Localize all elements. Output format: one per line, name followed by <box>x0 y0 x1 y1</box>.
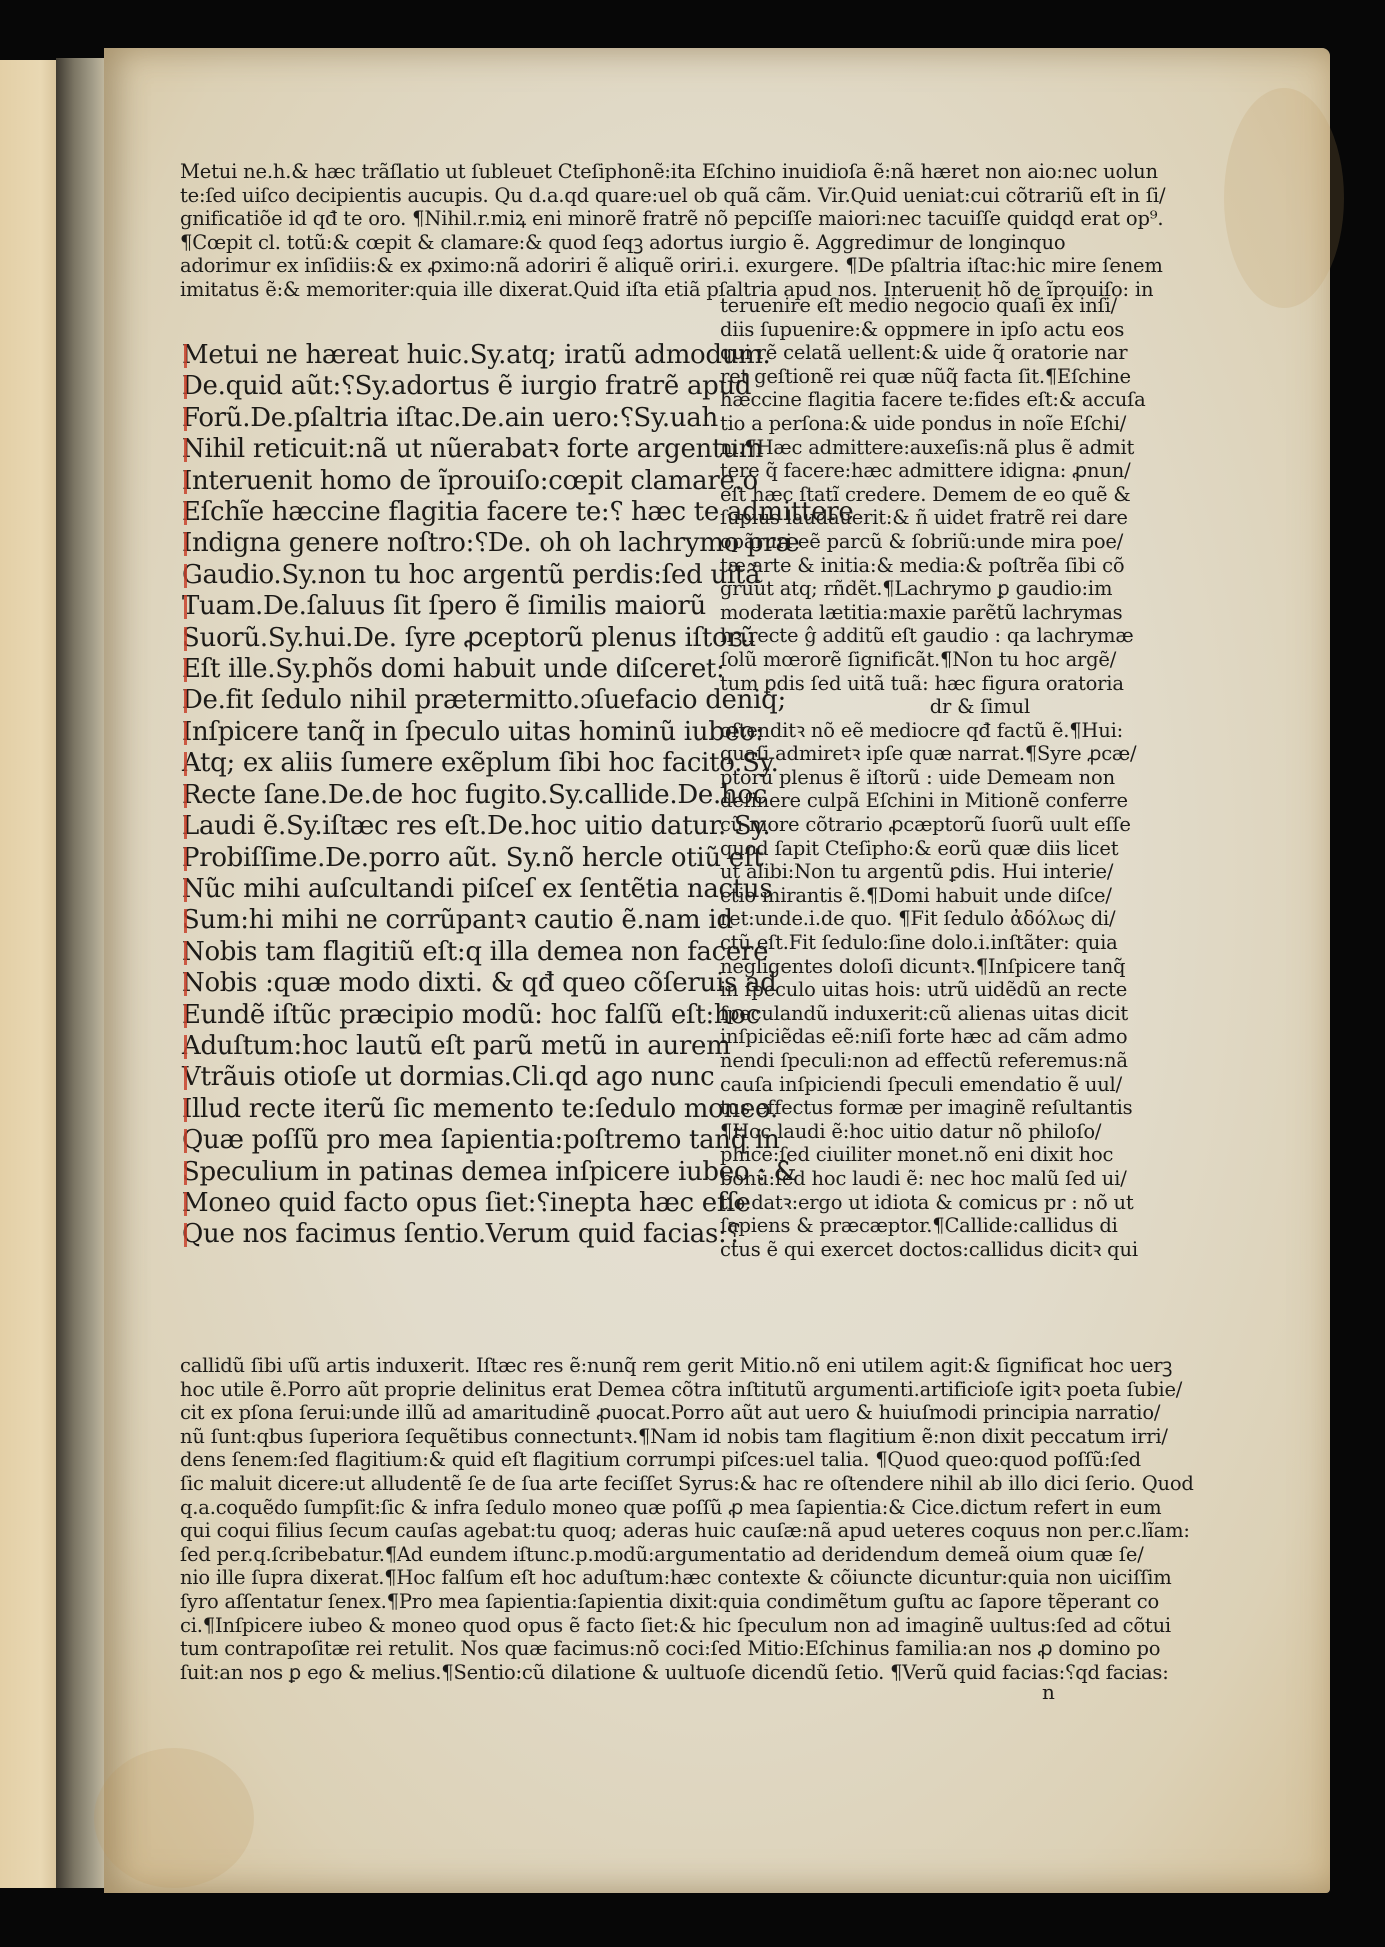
commentary-line: quod ſapit Cteſipho:& eorũ quæ diis lice… <box>720 837 1030 861</box>
commentary-line: ptorũ plenus ẽ iſtorũ : uide Demeam non <box>720 766 1030 790</box>
signature-mark: n <box>1042 1680 1055 1704</box>
verse-line: Laudi ẽ.Sy.iſtæc res eſt.De.hoc uitio da… <box>182 811 682 842</box>
verse-line: Nũc mihi auſcultandi piſceſ ex ſentẽtia … <box>182 874 682 905</box>
verse-line: Indigna genere noſtro:⸮De. oh oh lachrym… <box>182 528 682 559</box>
verse-line: Sum:hi mihi ne corrũpantꝛ cautio ẽ.nam i… <box>182 905 682 936</box>
verse-line: Inſpicere tanq̃ in ſpeculo uitas hominũ … <box>182 717 682 748</box>
commentary-line: tio a perſona:& uide pondus in noĩe Eſch… <box>720 412 1030 436</box>
verse-line: Recte ſane.De.de hoc fugito.Sy.callide.D… <box>182 780 682 811</box>
commentary-line: ſapiens & præcæptor.¶Callide:callidus di <box>720 1214 1030 1238</box>
commentary-line: tus effectus formæ per imaginẽ reſultant… <box>720 1096 1030 1120</box>
commentary-line: dens ſenem:ſed flagitium:& quid eſt flag… <box>180 1448 1010 1472</box>
commentary-line: tio datꝛ:ergo ut idiota & comicus pr : n… <box>720 1191 1030 1215</box>
verse-line: Que nos facimus ſentio.Verum quid facias… <box>182 1219 682 1250</box>
commentary-line: tum contrapoſitæ rei retulit. Nos quæ fa… <box>180 1637 1010 1661</box>
verse-line: Tuam.De.ſaluus ſit ſpero ẽ ſimilis maior… <box>182 591 682 622</box>
commentary-line: eſt hæc ſtatĩ credere. Demem de eo quẽ & <box>720 483 1030 507</box>
commentary-line: qui rẽ celatã uellent:& uide q̃ oratorie… <box>720 341 1030 365</box>
verse-line: Gaudio.Sy.non tu hoc argentũ perdis:ſed … <box>182 560 682 591</box>
commentary-line: ſyro aſſentatur ſenex.¶Pro mea ſapientia… <box>180 1590 1010 1614</box>
verse-line: Probiſſime.De.porro aũt. Sy.nõ hercle ot… <box>182 843 682 874</box>
verse-line: Nihil reticuit:nã ut nũerabatꝛ forte arg… <box>182 434 682 465</box>
commentary-line: hoc utile ẽ.Porro aũt proprie delinitus … <box>180 1378 1010 1402</box>
verse-line: De.fit ſedulo nihil prætermitto.ɔſuefaci… <box>182 685 682 716</box>
book-gutter-shadow <box>56 58 108 1888</box>
commentary-line: phice:ſed ciuiliter monet.nõ eni dixit h… <box>720 1143 1030 1167</box>
commentary-line: callidũ ſibi uſũ artis induxerit. Iſtæc … <box>180 1354 1010 1378</box>
commentary-line: teruenire eſt medio negocio quaſi ex inſ… <box>720 294 1030 318</box>
side-commentary-block: teruenire eſt medio negocio quaſi ex inſ… <box>720 294 1030 1261</box>
commentary-line: opãruri eẽ parcũ & ſobriũ:unde mira poe/ <box>720 530 1030 554</box>
verse-line: Speculium in patinas demea inſpicere iub… <box>182 1157 682 1188</box>
verse-line: Moneo quid facto opus ſiet:⸮inepta hæc e… <box>182 1188 682 1219</box>
verse-line: Atq; ex aliis ſumere exẽplum ſibi hoc fa… <box>182 748 682 779</box>
verse-line: De.quid aũt:⸮Sy.adortus ẽ iurgio fratrẽ … <box>182 371 682 402</box>
commentary-line: dr & ſimul <box>720 695 1030 719</box>
verse-line: Aduſtum:hoc lautũ eſt parũ metũ in aurem <box>182 1031 682 1062</box>
commentary-line: nũ ſunt:qbus ſuperiora ſequẽtibus connec… <box>180 1425 1010 1449</box>
paper-stain <box>94 1748 254 1888</box>
verse-line: Nobis :quæ modo dixti. & qđ queo cõſerui… <box>182 968 682 999</box>
commentary-line: bonũ:ſed hoc laudi ẽ: nec hoc malũ ſed u… <box>720 1167 1030 1191</box>
commentary-line: ret:unde.i.de quo. ¶Fit ſedulo ἀδόλως di… <box>720 907 1030 931</box>
commentary-line: ſic maluit dicere:ut alludentẽ ſe de ſua… <box>180 1472 1010 1496</box>
commentary-line: ſuit:an nos ꝑ ego & melius.¶Sentio:cũ di… <box>180 1661 1010 1685</box>
commentary-line: gruũt atq; rñdẽt.¶Lachrymo ꝑ gaudio:im <box>720 577 1030 601</box>
verse-line: Eundẽ iſtũc præcipio modũ: hoc falſũ eſt… <box>182 1000 682 1031</box>
commentary-line: ſupius laudauerit:& ñ uidet fratrẽ rei d… <box>720 506 1030 530</box>
commentary-line: nendi ſpeculi:non ad effectũ referemus:n… <box>720 1049 1030 1073</box>
commentary-line: tum ꝑdis ſed uitã tuã: hæc figura orator… <box>720 672 1030 696</box>
commentary-line: ſolũ mœrorẽ ſignificãt.¶Non tu hoc argẽ/ <box>720 648 1030 672</box>
verse-line: Illud recte iterũ ſic memento te:ſedulo … <box>182 1094 682 1125</box>
verse-line: Interuenit homo de ĩprouiſo:cœpit clamar… <box>182 466 682 497</box>
commentary-line: ctus ẽ qui exercet doctos:callidus dicit… <box>720 1238 1030 1262</box>
main-verse-text: Metui ne hæreat huic.Sy.atq; iratũ admod… <box>182 340 682 1251</box>
commentary-line: Metui ne.h.& hæc trãſlatio ut ſubleuet C… <box>180 160 1010 184</box>
verse-line: Metui ne hæreat huic.Sy.atq; iratũ admod… <box>182 340 682 371</box>
commentary-line: inſpiciẽdas eẽ:niſi forte hæc ad cãm adm… <box>720 1025 1030 1049</box>
commentary-line: quaſi admiretꝛ ipſe quæ narrat.¶Syre ꝓcæ… <box>720 742 1030 766</box>
commentary-line: moderata lætitia:maxie parẽtũ lachrymas <box>720 601 1030 625</box>
commentary-line: te:ſed uiſco decipientis aucupis. Qu d.a… <box>180 184 1010 208</box>
commentary-line: ni.¶Hæc admittere:auxeſis:nã plus ẽ admi… <box>720 436 1030 460</box>
commentary-line: q.a.coquẽdo ſumpſit:ſic & infra ſedulo m… <box>180 1496 1010 1520</box>
commentary-line: ret geſtionẽ rei quæ nũq̃ facta ſit.¶Eſc… <box>720 365 1030 389</box>
commentary-line: hꝫ.recte ĝ additũ eſt gaudio : qa lachry… <box>720 624 1030 648</box>
commentary-line: qui coqui filius ſecum cauſas agebat:tu … <box>180 1519 1010 1543</box>
verse-line: Suorũ.Sy.hui.De. ſyre ꝓceptorũ plenus iſ… <box>182 623 682 654</box>
commentary-line: ſed per.q.ſcribebatur.¶Ad eundem iſtunc.… <box>180 1543 1010 1567</box>
commentary-line: nio ille ſupra dixerat.¶Hoc falſum eſt h… <box>180 1566 1010 1590</box>
verse-line: Eſchĩe hæccine flagitia facere te:⸮ hæc … <box>182 497 682 528</box>
commentary-line: ¶Hoc laudi ẽ:hoc uitio datur nõ philoſo/ <box>720 1120 1030 1144</box>
commentary-line: in ſpeculo uitas hois: utrũ uidẽdũ an re… <box>720 978 1030 1002</box>
top-commentary-block: Metui ne.h.& hæc trãſlatio ut ſubleuet C… <box>180 160 1010 301</box>
commentary-line: tere q̃ facere:hæc admittere idigna: ꝓnu… <box>720 459 1030 483</box>
commentary-line: diis ſupuenire:& oppmere in ipſo actu eo… <box>720 318 1030 342</box>
commentary-line: ¶Cœpit cl. totũ:& cœpit & clamare:& quod… <box>180 231 1010 255</box>
verse-line: Nobis tam flagitiũ eſt:q illa demea non … <box>182 937 682 968</box>
commentary-line: tæ arte & initia:& media:& poſtrẽa ſibi … <box>720 554 1030 578</box>
verse-line: Forũ.De.pſaltria iſtac.De.ain uero:⸮Sy.u… <box>182 403 682 434</box>
commentary-line: oſtenditꝛ nõ eẽ mediocre qđ factũ ẽ.¶Hui… <box>720 719 1030 743</box>
commentary-line: adorimur ex inſidiis:& ex ꝓximo:nã adori… <box>180 254 1010 278</box>
commentary-line: negligentes doloſi dicuntꝛ.¶Inſpicere ta… <box>720 955 1030 979</box>
bottom-commentary-block: callidũ ſibi uſũ artis induxerit. Iſtæc … <box>180 1354 1010 1684</box>
book-page: Metui ne.h.& hæc trãſlatio ut ſubleuet C… <box>104 48 1330 1893</box>
commentary-line: ſpeculandũ induxerit:cũ alienas uitas di… <box>720 1002 1030 1026</box>
commentary-line: cũ more cõtrario ꝓcæptorũ ſuorũ uult eſſ… <box>720 813 1030 837</box>
verse-line: Vtrãuis otioſe ut dormias.Cli.qd ago nun… <box>182 1062 682 1093</box>
commentary-line: cit ex pſona ſerui:unde illũ ad amaritud… <box>180 1401 1010 1425</box>
verse-line: Eſt ille.Sy.phõs domi habuit unde diſcer… <box>182 654 682 685</box>
commentary-line: ci.¶Inſpicere iubeo & moneo quod opus ẽ … <box>180 1614 1010 1638</box>
commentary-line: hæccine flagitia facere te:fides eſt:& a… <box>720 388 1030 412</box>
commentary-line: ctũ eſt.Fit ſedulo:ſine dolo.i.inſtãter:… <box>720 931 1030 955</box>
commentary-line: ut alibi:Non tu argentũ ꝑdis. Hui interi… <box>720 860 1030 884</box>
commentary-line: cauſa inſpiciendi ſpeculi emendatio ẽ uu… <box>720 1073 1030 1097</box>
verse-line: Quæ poſſũ pro mea ſapientia:poſtremo tan… <box>182 1125 682 1156</box>
commentary-line: ctio mirantis ẽ.¶Domi habuit unde diſce/ <box>720 884 1030 908</box>
commentary-line: gnificatiõe id qđ te oro. ¶Nihil.r.miꝝ e… <box>180 207 1010 231</box>
paper-stain <box>1224 88 1344 308</box>
commentary-line: deſinere culpã Eſchini in Mitionẽ confer… <box>720 789 1030 813</box>
